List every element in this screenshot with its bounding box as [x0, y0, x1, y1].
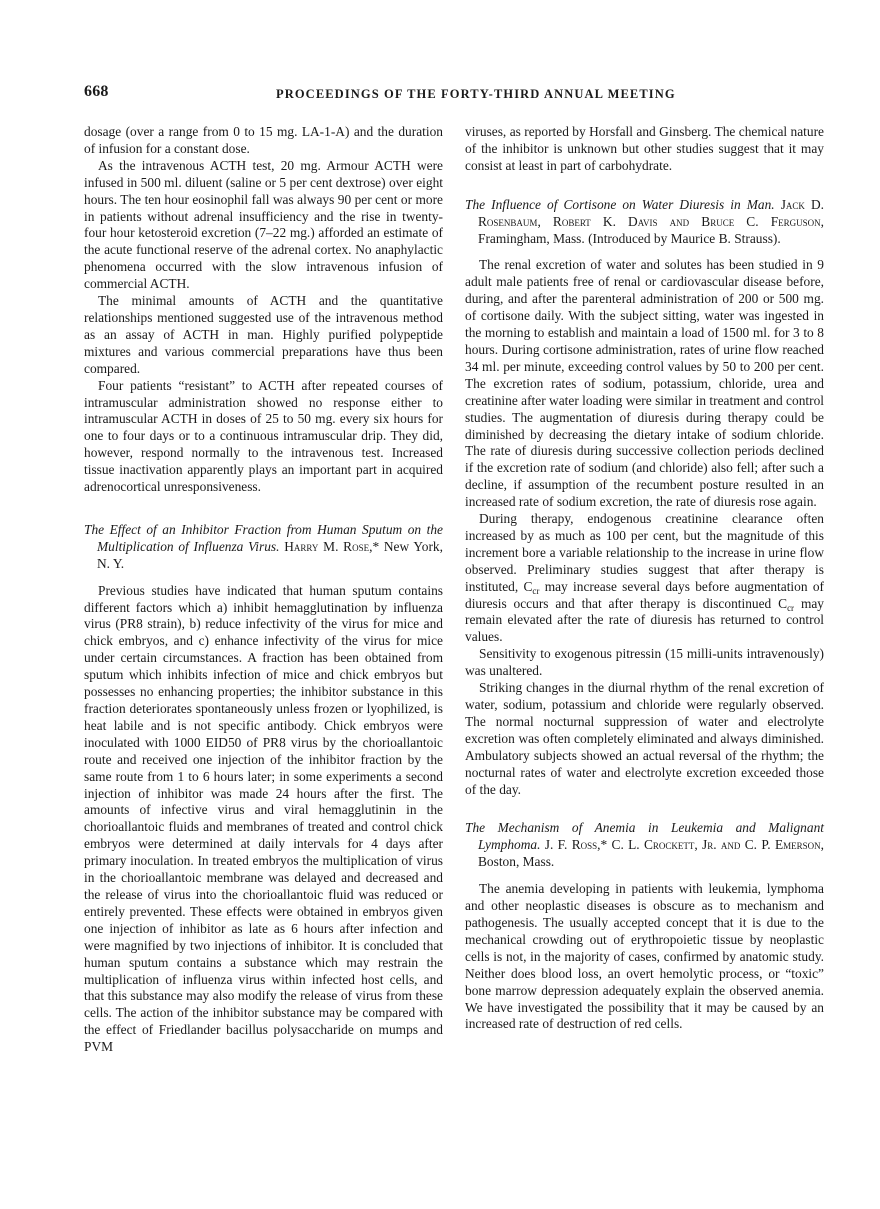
article-body: The anemia developing in patients with l… — [465, 881, 824, 1033]
running-head: PROCEEDINGS OF THE FORTY-THIRD ANNUAL ME… — [276, 87, 676, 102]
subscript: cr — [787, 603, 794, 613]
left-column: dosage (over a range from 0 to 15 mg. LA… — [84, 124, 443, 1056]
article-body: Previous studies have indicated that hum… — [84, 583, 443, 1056]
article-authors: Harry M. Rose,* — [284, 539, 379, 554]
right-column: viruses, as reported by Horsfall and Gin… — [465, 124, 824, 1033]
article-location: Boston, Mass. — [478, 854, 554, 869]
paragraph: viruses, as reported by Horsfall and Gin… — [465, 124, 824, 175]
article-body: During therapy, endogenous creatinine cl… — [465, 511, 824, 646]
paragraph: The minimal amounts of ACTH and the quan… — [84, 293, 443, 378]
article-heading: The Mechanism of Anemia in Leukemia and … — [465, 820, 824, 871]
page-number: 668 — [84, 83, 109, 101]
paragraph: Four patients “resistant” to ACTH after … — [84, 378, 443, 496]
article-title: The Influence of Cortisone on Water Diur… — [465, 197, 775, 212]
page-header: 668 PROCEEDINGS OF THE FORTY-THIRD ANNUA… — [84, 83, 822, 103]
article-location: Framingham, Mass. (Introduced by Maurice… — [478, 231, 781, 246]
article-authors: J. F. Ross,* C. L. Crockett, Jr. and C. … — [545, 837, 824, 852]
article-body: Sensitivity to exogenous pitressin (15 m… — [465, 646, 824, 680]
article-body: The renal excretion of water and solutes… — [465, 257, 824, 511]
paragraph: dosage (over a range from 0 to 15 mg. LA… — [84, 124, 443, 158]
paragraph: As the intravenous ACTH test, 20 mg. Arm… — [84, 158, 443, 293]
article-body: Striking changes in the diurnal rhythm o… — [465, 680, 824, 798]
article-heading: The Influence of Cortisone on Water Diur… — [465, 197, 824, 248]
article-heading: The Effect of an Inhibitor Fraction from… — [84, 522, 443, 573]
